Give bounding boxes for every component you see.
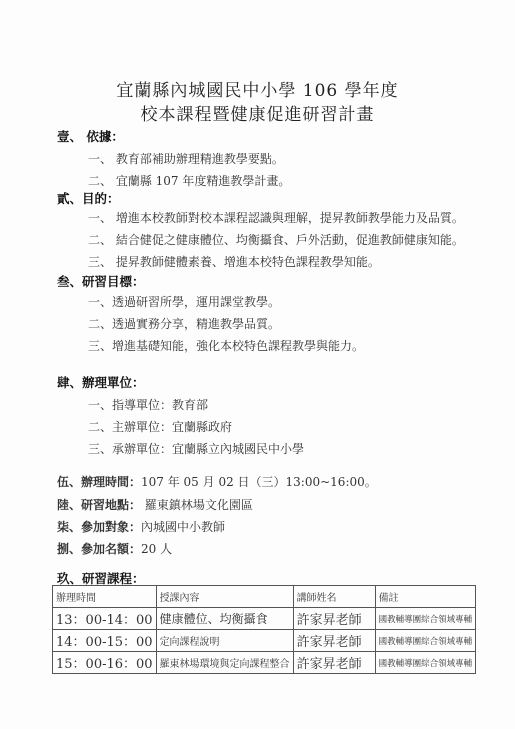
row2-time: 14：00-15：00 — [53, 630, 157, 652]
event-time-value: 107 年 05 月 02 日（三）13:00~16:00。 — [141, 475, 377, 489]
section-goals-heading: 叁、研習目標： — [57, 272, 145, 290]
document-title-line1: 宜蘭縣內城國民中小學 106 學年度 — [0, 76, 515, 101]
header-content: 授課內容 — [156, 586, 293, 608]
row3-time: 15：00-16：00 — [53, 652, 157, 674]
event-location-value: 羅東鎮林場文化園區 — [141, 498, 253, 512]
row3-content: 羅東林場環境與定向課程整合 — [156, 652, 293, 674]
document-page: 宜蘭縣內城國民中小學 106 學年度 校本課程暨健康促進研習計畫 壹、 依據： … — [0, 0, 515, 729]
table-row: 13：00-14：00 健康體位、均衡攝食 許家昇老師 國教輔導團綜合領域專輔 — [53, 608, 476, 630]
row1-content: 健康體位、均衡攝食 — [156, 608, 293, 630]
organizers-item-3: 三、承辦單位：宜蘭縣立內城國民中小學 — [88, 440, 304, 457]
table-row: 15：00-16：00 羅東林場環境與定向課程整合 許家昇老師 國教輔導團綜合領… — [53, 652, 476, 674]
event-time-row: 伍、辦理時間：107 年 05 月 02 日（三）13:00~16:00。 — [57, 473, 377, 490]
event-audience-row: 柒、參加對象：內城國中小教師 — [57, 518, 225, 535]
event-capacity-value: 20 人 — [141, 542, 172, 556]
purpose-item-3: 三、 提昇教師健體素養、增進本校特色課程教學知能。 — [88, 253, 380, 270]
header-remarks: 備註 — [375, 586, 476, 608]
row1-remarks: 國教輔導團綜合領域專輔 — [375, 608, 476, 630]
table-header-row: 辦理時間 授課內容 講師姓名 備註 — [53, 586, 476, 608]
event-time-label: 伍、辦理時間： — [57, 475, 141, 489]
document-title-line2: 校本課程暨健康促進研習計畫 — [0, 100, 515, 125]
event-location-label: 陸、研習地點： — [57, 498, 141, 512]
purpose-item-1: 一、 增進本校教師對校本課程認識與理解，提昇教師教學能力及品質。 — [88, 209, 464, 226]
event-location-row: 陸、研習地點： 羅東鎮林場文化園區 — [57, 496, 253, 513]
organizers-item-1: 一、指導單位：教育部 — [88, 396, 208, 413]
event-capacity-row: 捌、參加名額：20 人 — [57, 540, 172, 557]
course-schedule-table: 辦理時間 授課內容 講師姓名 備註 13：00-14：00 健康體位、均衡攝食 … — [52, 585, 476, 674]
row3-lecturer: 許家昇老師 — [293, 652, 375, 674]
event-audience-label: 柒、參加對象： — [57, 520, 141, 534]
table-row: 14：00-15：00 定向課程說明 許家昇老師 國教輔導團綜合領域專輔 — [53, 630, 476, 652]
organizers-item-2: 二、主辦單位：宜蘭縣政府 — [88, 418, 232, 435]
row2-remarks: 國教輔導團綜合領域專輔 — [375, 630, 476, 652]
row1-lecturer: 許家昇老師 — [293, 608, 375, 630]
section-basis-heading: 壹、 依據： — [57, 127, 124, 145]
section-organizers-heading: 肆、辦理單位： — [57, 373, 145, 391]
goals-item-3: 三、增進基礎知能，強化本校特色課程教學與能力。 — [88, 337, 364, 354]
row2-lecturer: 許家昇老師 — [293, 630, 375, 652]
row3-remarks: 國教輔導團綜合領域專輔 — [375, 652, 476, 674]
event-audience-value: 內城國中小教師 — [141, 520, 225, 534]
event-capacity-label: 捌、參加名額： — [57, 542, 141, 556]
header-time: 辦理時間 — [53, 586, 157, 608]
goals-item-1: 一、透過研習所學，運用課堂教學。 — [88, 293, 280, 310]
header-lecturer: 講師姓名 — [293, 586, 375, 608]
row1-time: 13：00-14：00 — [53, 608, 157, 630]
section-purpose-heading: 貳、目的： — [57, 189, 120, 207]
basis-item-1: 一、 教育部補助辦理精進教學要點。 — [88, 150, 284, 167]
basis-item-2: 二、 宜蘭縣 107 年度精進教學計畫。 — [88, 172, 290, 189]
purpose-item-2: 二、 結合健促之健康體位、均衡攝食、戶外活動，促進教師健康知能。 — [88, 231, 464, 248]
goals-item-2: 二、透過實務分享，精進教學品質。 — [88, 315, 280, 332]
row2-content: 定向課程說明 — [156, 630, 293, 652]
